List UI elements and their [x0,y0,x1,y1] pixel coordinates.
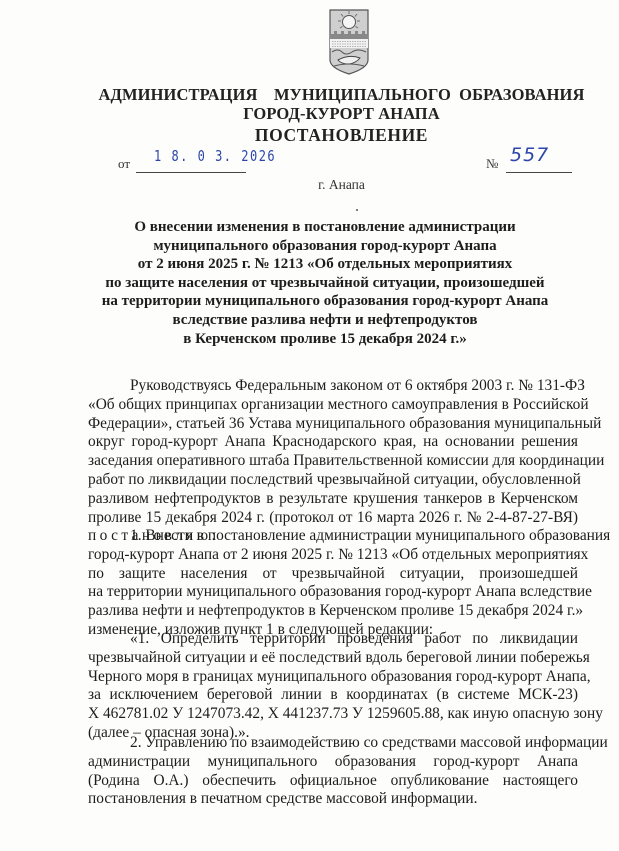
date-stamp-value: 1 8. 0 3. 2026 [154,147,276,165]
document-type-title: ПОСТАНОВЛЕНИЕ [32,125,619,146]
subject-line: муниципального образования город-курорт … [100,237,550,256]
subject-line: по защите населения от чрезвычайной ситу… [100,274,550,293]
preamble-paragraph: Руководствуясь Федеральным законом от 6 … [88,377,578,546]
subject-line: О внесении изменения в постановление адм… [100,218,550,237]
paragraph-line: по защите населения от чрезвычайной ситу… [88,565,578,584]
paragraph-line: «Об общих принципах организации местного… [88,396,578,415]
paragraph-line: (Родина О.А.) обеспечить официальное опу… [88,772,578,791]
paragraph-line: на территории муниципального образования… [88,583,578,602]
item-1-paragraph: 1. Внести в постановление администрации … [88,527,578,640]
document-page: АДМИНИСТРАЦИЯ МУНИЦИПАЛЬНОГО ОБРАЗОВАНИЯ… [0,0,619,851]
item-2-paragraph: 2. Управлению по взаимодействию со средс… [88,734,578,809]
subject-line: в Керченском проливе 15 декабря 2024 г.» [100,330,550,349]
paragraph-line: 1. Внести в постановление администрации … [88,527,578,546]
paragraph-line: администрации муниципального образования… [88,753,578,772]
subject-line: от 2 июня 2025 г. № 1213 «Об отдельных м… [100,255,550,274]
organization-title-line1: АДМИНИСТРАЦИЯ МУНИЦИПАЛЬНОГО ОБРАЗОВАНИЯ [32,85,619,105]
document-subject: О внесении изменения в постановление адм… [100,218,550,348]
number-label: № [486,156,498,172]
paragraph-line: «1. Определить территории проведения раб… [88,630,578,649]
paragraph-line: Черного моря в границах муниципального о… [88,668,578,687]
date-underline [136,172,246,173]
paragraph-line: за исключением береговой линии в координ… [88,686,578,705]
paragraph-line: постановления в печатном средстве массов… [88,790,578,809]
paragraph-line: разлива нефти и нефтепродуктов в Керченс… [88,602,578,621]
organization-title-line2: ГОРОД-КУРОРТ АНАПА [32,104,619,124]
paragraph-line: город-курорт Анапа от 2 июня 2025 г. № 1… [88,546,578,565]
paragraph-line: работ по ликвидации последствий чрезвыча… [88,471,578,490]
city-name: г. Анапа [32,177,619,193]
subject-line: на территории муниципального образования… [100,292,550,311]
paragraph-line: заседания оперативного штаба Правительст… [88,452,578,471]
paragraph-line: Х 462781.02 У 1247073.42, Х 441237.73 У … [88,705,578,724]
document-number-value: 557 [510,144,549,166]
paragraph-line: разливом нефтепродуктов в результате кру… [88,490,578,509]
scan-dot [356,209,358,211]
date-number-row: от 1 8. 0 3. 2026 № 557 [118,148,578,174]
paragraph-line: чрезвычайной ситуации и её последствий в… [88,649,578,668]
paragraph-line: округ город-курорт Анапа Краснодарского … [88,433,578,452]
number-underline [506,172,572,173]
paragraph-line: Федерации», статьей 36 Устава муниципаль… [88,415,578,434]
paragraph-line: Руководствуясь Федеральным законом от 6 … [88,377,578,396]
anapa-coat-of-arms-icon [328,8,370,78]
date-label: от [118,156,130,172]
paragraph-line: 2. Управлению по взаимодействию со средс… [88,734,578,753]
item-1-quoted-text: «1. Определить территории проведения раб… [88,630,578,743]
paragraph-line: проливе 15 декабря 2024 г. (протокол от … [88,509,578,528]
subject-line: вследствие разлива нефти и нефтепродукто… [100,311,550,330]
